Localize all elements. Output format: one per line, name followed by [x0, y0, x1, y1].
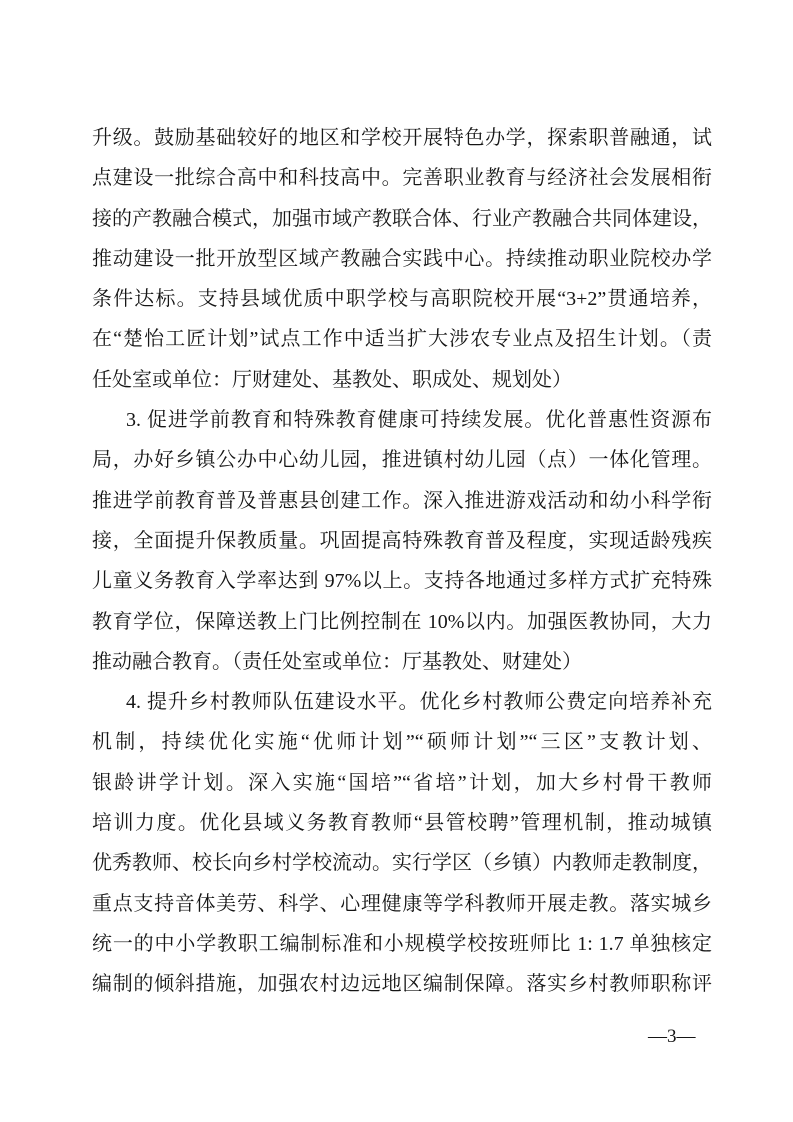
paragraph-item-3-preschool-special-education: 3. 促进学前教育和特殊教育健康可持续发展。优化普惠性资源布局，办好乡镇公办中心… — [92, 400, 712, 682]
text-line: 培训力度。优化县域义务教育教师“县管校聘”管理机制，推动城镇 — [92, 803, 712, 843]
text-line: 儿童义务教育入学率达到 97%以上。支持各地通过多样方式扩充特殊 — [92, 561, 712, 601]
page-number: —3— — [648, 1024, 696, 1050]
text-line: 优秀教师、校长向乡村学校流动。实行学区（乡镇）内教师走教制度， — [92, 843, 712, 883]
paragraph-vocational-education: 升级。鼓励基础较好的地区和学校开展特色办学，探索职普融通，试点建设一批综合高中和… — [92, 118, 712, 400]
text-line: 统一的中小学教职工编制标准和小规模学校按班师比 1: 1.7 单独核定 — [92, 924, 712, 964]
text-line: 点建设一批综合高中和科技高中。完善职业教育与经济社会发展相衔 — [92, 158, 712, 198]
text-line: 重点支持音体美劳、科学、心理健康等学科教师开展走教。落实城乡 — [92, 884, 712, 924]
text-line: 编制的倾斜措施，加强农村边远地区编制保障。落实乡村教师职称评 — [92, 964, 712, 1004]
document-page: 升级。鼓励基础较好的地区和学校开展特色办学，探索职普融通，试点建设一批综合高中和… — [0, 0, 793, 1122]
text-line: 推动建设一批开放型区域产教融合实践中心。持续推动职业院校办学 — [92, 239, 712, 279]
text-line: 推进学前教育普及普惠县创建工作。深入推进游戏活动和幼小科学衔 — [92, 481, 712, 521]
paragraph-item-4-rural-teachers: 4. 提升乡村教师队伍建设水平。优化乡村教师公费定向培养补充机制，持续优化实施“… — [92, 682, 712, 1004]
text-line: 4. 提升乡村教师队伍建设水平。优化乡村教师公费定向培养补充 — [92, 682, 712, 722]
text-line: 3. 促进学前教育和特殊教育健康可持续发展。优化普惠性资源布 — [92, 400, 712, 440]
text-line: 条件达标。支持县域优质中职学校与高职院校开展“3+2”贯通培养， — [92, 279, 712, 319]
text-line: 机制，持续优化实施“优师计划”“硕师计划”“三区”支教计划、 — [92, 722, 712, 762]
text-line: 接，全面提升保教质量。巩固提高特殊教育普及程度，实现适龄残疾 — [92, 521, 712, 561]
text-line: 在“楚怡工匠计划”试点工作中适当扩大涉农专业点及招生计划。（责 — [92, 319, 712, 359]
text-line: 升级。鼓励基础较好的地区和学校开展特色办学，探索职普融通，试 — [92, 118, 712, 158]
text-line: 局，办好乡镇公办中心幼儿园，推进镇村幼儿园（点）一体化管理。 — [92, 440, 712, 480]
text-line: 推动融合教育。（责任处室或单位：厅基教处、财建处） — [92, 642, 712, 682]
text-line: 银龄讲学计划。深入实施“国培”“省培”计划，加大乡村骨干教师 — [92, 763, 712, 803]
text-line: 任处室或单位：厅财建处、基教处、职成处、规划处） — [92, 360, 712, 400]
text-line: 教育学位，保障送教上门比例控制在 10%以内。加强医教协同，大力 — [92, 602, 712, 642]
text-line: 接的产教融合模式，加强市域产教联合体、行业产教融合共同体建设， — [92, 199, 712, 239]
text-block: 升级。鼓励基础较好的地区和学校开展特色办学，探索职普融通，试点建设一批综合高中和… — [92, 118, 712, 1005]
